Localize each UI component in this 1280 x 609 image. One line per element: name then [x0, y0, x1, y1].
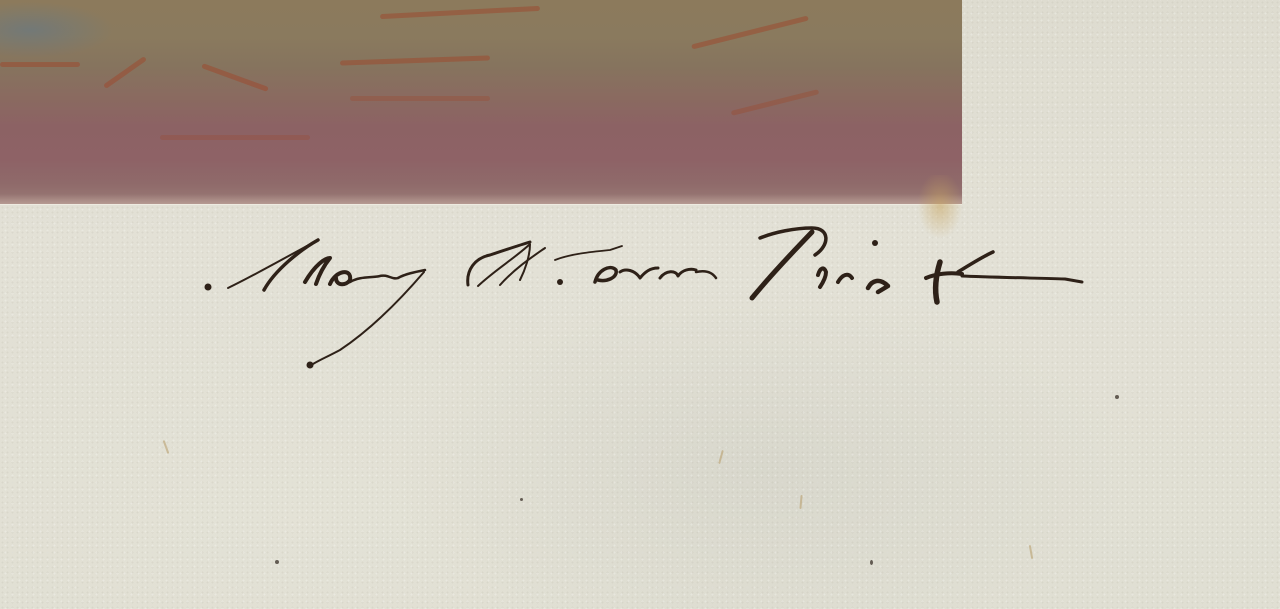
artwork-photo: Mary Webster Pingst: [0, 0, 1280, 609]
handwritten-signature: [0, 0, 1280, 609]
